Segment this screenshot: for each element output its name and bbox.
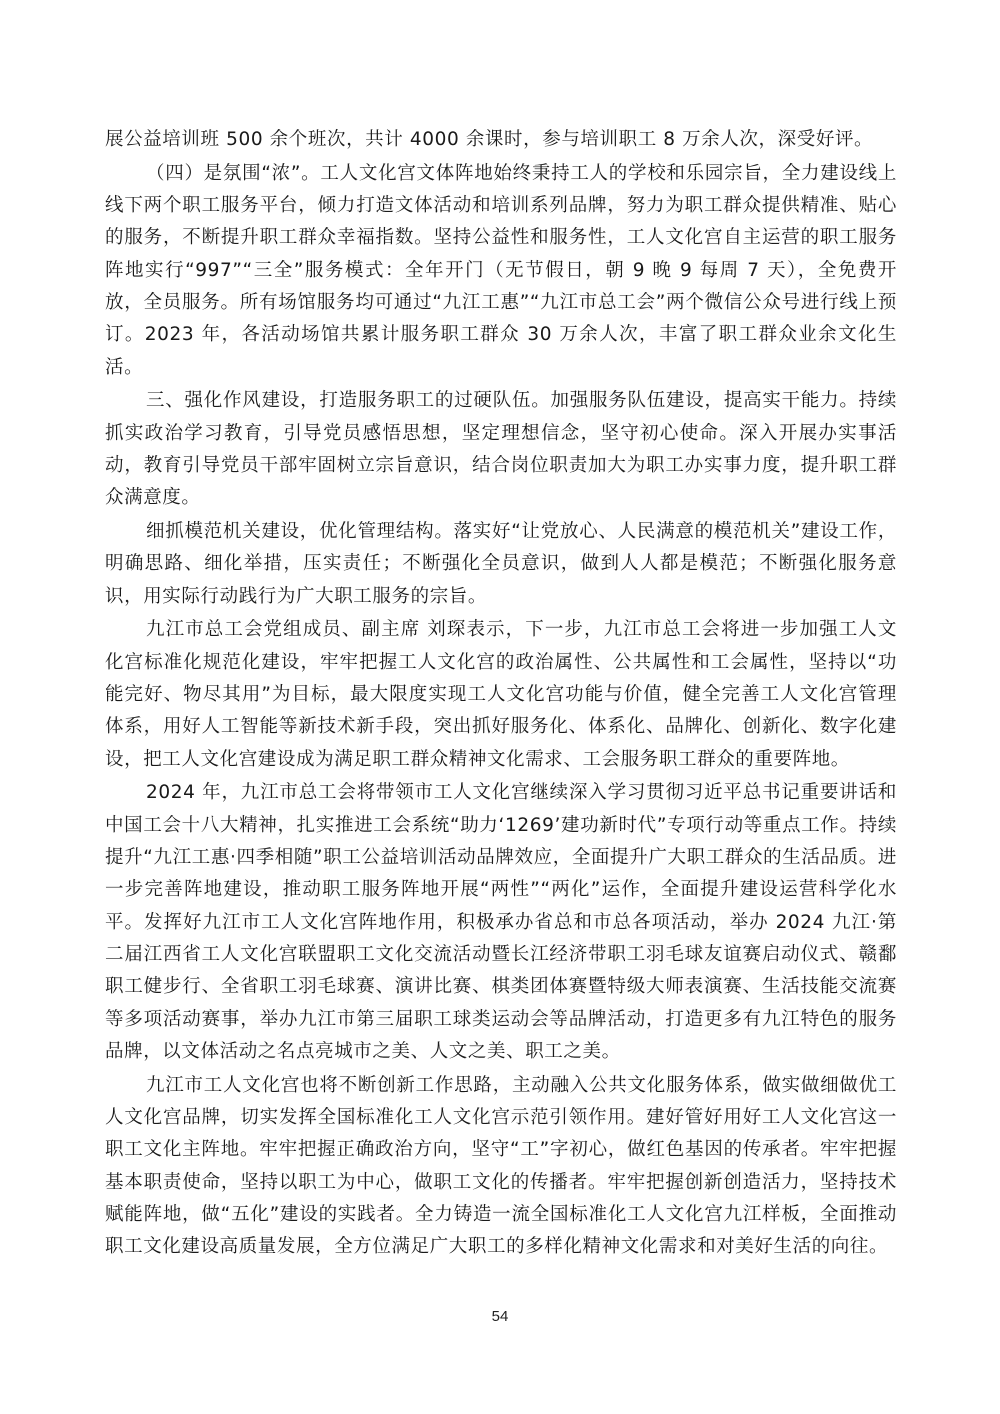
paragraph-cultural-palace-outlook: 九江市工人文化宫也将不断创新工作思路，主动融入公共文化服务体系，做实做细做优工人… (105, 1070, 897, 1264)
page-number: 54 (0, 1308, 1000, 1325)
paragraph-model-organ: 细抓模范机关建设，优化管理结构。落实好“让党放心、人民满意的模范机关”建设工作，… (105, 516, 897, 613)
document-body: 展公益培训班 500 余个班次，共计 4000 余课时，参与培训职工 8 万余人… (105, 124, 897, 1265)
paragraph-2024-plans: 2024 年，九江市总工会将带领市工人文化宫继续深入学习贯彻习近平总书记重要讲话… (105, 777, 897, 1068)
paragraph-training-continuation: 展公益培训班 500 余个班次，共计 4000 余课时，参与培训职工 8 万余人… (105, 124, 897, 156)
paragraph-atmosphere: （四）是氛围“浓”。工人文化宫文体阵地始终秉持工人的学校和乐园宗旨，全力建设线上… (105, 158, 897, 384)
paragraph-work-style: 三、强化作风建设，打造服务职工的过硬队伍。加强服务队伍建设，提高实干能力。持续抓… (105, 385, 897, 514)
paragraph-next-steps: 九江市总工会党组成员、副主席 刘琛表示，下一步，九江市总工会将进一步加强工人文化… (105, 614, 897, 775)
